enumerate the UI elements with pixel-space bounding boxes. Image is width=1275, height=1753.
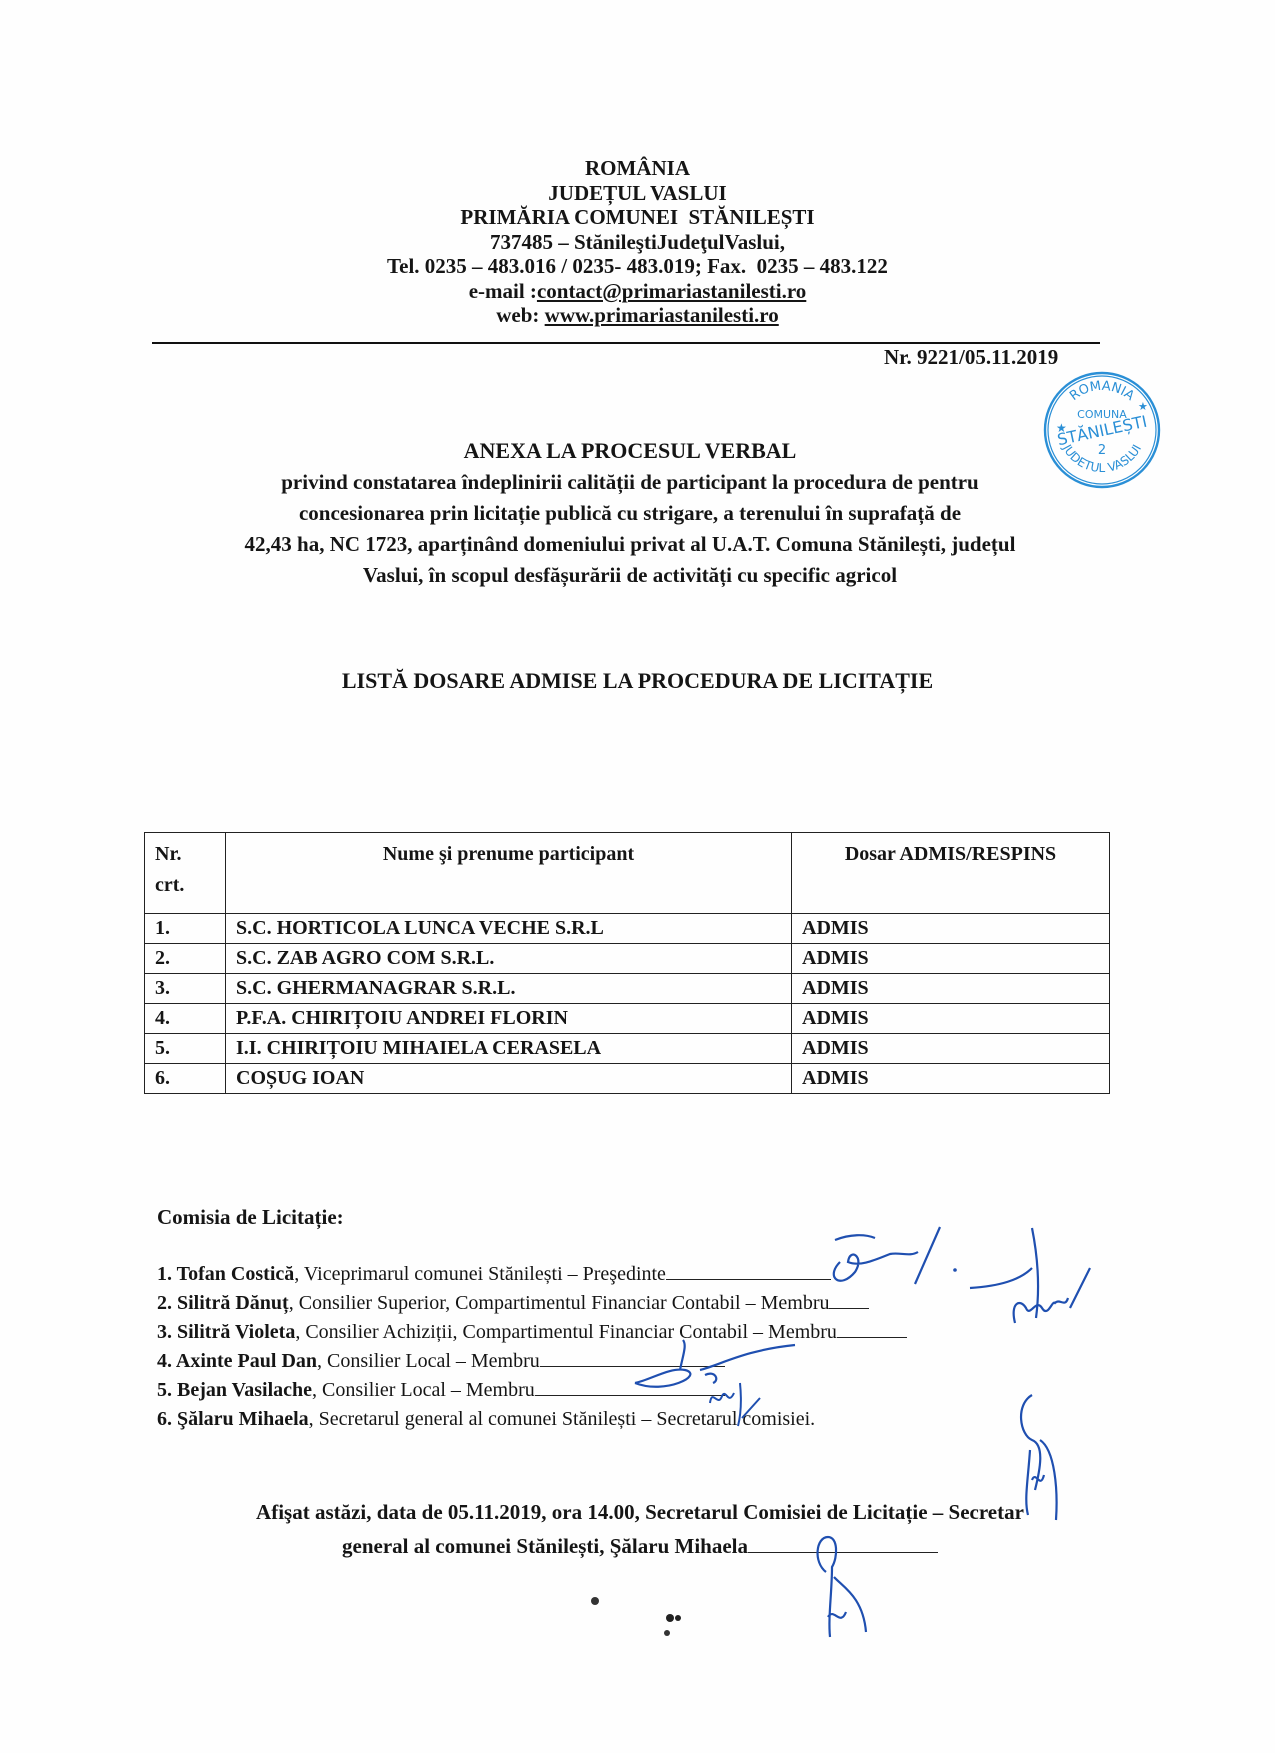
member-role: , Consilier Local – Membru	[312, 1379, 535, 1401]
registration-number: Nr. 9221/05.11.2019	[884, 345, 1058, 370]
annex-line: concesionarea prin licitație publică cu …	[140, 498, 1120, 529]
signature-member-2-icon	[960, 1228, 1100, 1343]
annex-title: ANEXA LA PROCESUL VERBAL	[140, 435, 1120, 466]
row-number: 2.	[145, 944, 226, 974]
postal-address: 737485 – StănileştiJudeţulVaslui,	[0, 230, 1275, 255]
file-status: ADMIS	[792, 1004, 1110, 1034]
annex-line: Vaslui, în scopul desfășurării de activi…	[140, 560, 1120, 591]
table-row: 5.I.I. CHIRIȚOIU MIHAIELA CERASELAADMIS	[145, 1034, 1110, 1064]
participant-name: COȘUG IOAN	[226, 1064, 792, 1094]
phone-fax: Tel. 0235 – 483.016 / 0235- 483.019; Fax…	[0, 254, 1275, 279]
posted-line-2: general al comunei Stănilești, Şălaru Mi…	[140, 1529, 1140, 1563]
list-title: LISTĂ DOSARE ADMISE LA PROCEDURA DE LICI…	[0, 668, 1275, 694]
web-label: web:	[496, 303, 544, 327]
county: JUDEȚUL VASLUI	[0, 181, 1275, 206]
row-number: 3.	[145, 974, 226, 1004]
scan-specks	[590, 1585, 710, 1650]
table-row: 6.COȘUG IOANADMIS	[145, 1064, 1110, 1094]
svg-text:★: ★	[1138, 400, 1148, 413]
header-divider	[152, 342, 1100, 344]
email-line: e-mail :contact@primariastanilesti.ro	[0, 279, 1275, 304]
row-number: 6.	[145, 1064, 226, 1094]
posted-line-1: Afişat astăzi, data de 05.11.2019, ora 1…	[140, 1495, 1140, 1529]
member-name: 1. Tofan Costică	[157, 1263, 294, 1285]
country: ROMÂNIA	[0, 156, 1275, 181]
signature-posted-icon	[808, 1532, 878, 1657]
row-number: 5.	[145, 1034, 226, 1064]
letterhead: ROMÂNIA JUDEȚUL VASLUI PRIMĂRIA COMUNEI …	[0, 156, 1275, 328]
email-link[interactable]: contact@primariastanilesti.ro	[537, 279, 806, 303]
file-status: ADMIS	[792, 1064, 1110, 1094]
member-name: 2. Silitră Dănuț	[157, 1292, 289, 1314]
applicants-table: Nr.crt. Nume şi prenume participant Dosa…	[144, 832, 1110, 1094]
web-link[interactable]: www.primariastanilesti.ro	[545, 303, 779, 327]
table-row: 4.P.F.A. CHIRIȚOIU ANDREI FLORINADMIS	[145, 1004, 1110, 1034]
file-status: ADMIS	[792, 1034, 1110, 1064]
commission-member: 2. Silitră Dănuț, Consilier Superior, Co…	[157, 1289, 907, 1318]
row-number: 4.	[145, 1004, 226, 1034]
commission-member: 1. Tofan Costică, Viceprimarul comunei S…	[157, 1260, 907, 1289]
participant-name: I.I. CHIRIȚOIU MIHAIELA CERASELA	[226, 1034, 792, 1064]
signature-secretary-icon	[1010, 1390, 1070, 1535]
member-name: 4. Axinte Paul Dan	[157, 1350, 317, 1372]
member-name: 6. Şălaru Mihaela	[157, 1408, 309, 1430]
file-status: ADMIS	[792, 914, 1110, 944]
row-number: 1.	[145, 914, 226, 944]
file-status: ADMIS	[792, 974, 1110, 1004]
member-role: , Consilier Local – Membru	[317, 1350, 540, 1372]
participant-name: S.C. GHERMANAGRAR S.R.L.	[226, 974, 792, 1004]
institution-name: PRIMĂRIA COMUNEI STĂNILEȘTI	[0, 205, 1275, 230]
commission-heading: Comisia de Licitație:	[157, 1203, 907, 1232]
table-row: 1.S.C. HORTICOLA LUNCA VECHE S.R.LADMIS	[145, 914, 1110, 944]
annex-heading: ANEXA LA PROCESUL VERBAL privind constat…	[140, 435, 1120, 591]
participant-name: S.C. HORTICOLA LUNCA VECHE S.R.L	[226, 914, 792, 944]
posted-line-2-text: general al comunei Stănilești, Şălaru Mi…	[342, 1534, 748, 1558]
participant-name: S.C. ZAB AGRO COM S.R.L.	[226, 944, 792, 974]
signature-line	[837, 1319, 907, 1338]
signature-president-icon	[820, 1222, 980, 1297]
header-nr: Nr.crt.	[145, 833, 226, 914]
header-name: Nume şi prenume participant	[226, 833, 792, 914]
email-label: e-mail :	[469, 279, 537, 303]
web-line: web: www.primariastanilesti.ro	[0, 303, 1275, 328]
annex-line: privind constatarea îndeplinirii calităț…	[140, 467, 1120, 498]
header-status: Dosar ADMIS/RESPINS	[792, 833, 1110, 914]
file-status: ADMIS	[792, 944, 1110, 974]
commission-member: 6. Şălaru Mihaela, Secretarul general al…	[157, 1405, 907, 1434]
participant-name: P.F.A. CHIRIȚOIU ANDREI FLORIN	[226, 1004, 792, 1034]
svg-text:★: ★	[1056, 421, 1067, 435]
member-role: , Viceprimarul comunei Stănilești – Preş…	[294, 1263, 666, 1285]
signature-line	[666, 1261, 831, 1280]
member-name: 3. Silitră Violeta	[157, 1321, 295, 1343]
table-header-row: Nr.crt. Nume şi prenume participant Dosa…	[145, 833, 1110, 914]
document-page: ROMÂNIA JUDEȚUL VASLUI PRIMĂRIA COMUNEI …	[0, 0, 1275, 1753]
annex-line: 42,43 ha, NC 1723, aparținând domeniului…	[140, 529, 1120, 560]
signature-member-5-icon	[700, 1378, 780, 1433]
table-row: 3.S.C. GHERMANAGRAR S.R.L.ADMIS	[145, 974, 1110, 1004]
table-row: 2.S.C. ZAB AGRO COM S.R.L.ADMIS	[145, 944, 1110, 974]
member-name: 5. Bejan Vasilache	[157, 1379, 312, 1401]
posted-notice: Afişat astăzi, data de 05.11.2019, ora 1…	[140, 1495, 1140, 1563]
member-role: , Consilier Superior, Compartimentul Fin…	[289, 1292, 830, 1314]
